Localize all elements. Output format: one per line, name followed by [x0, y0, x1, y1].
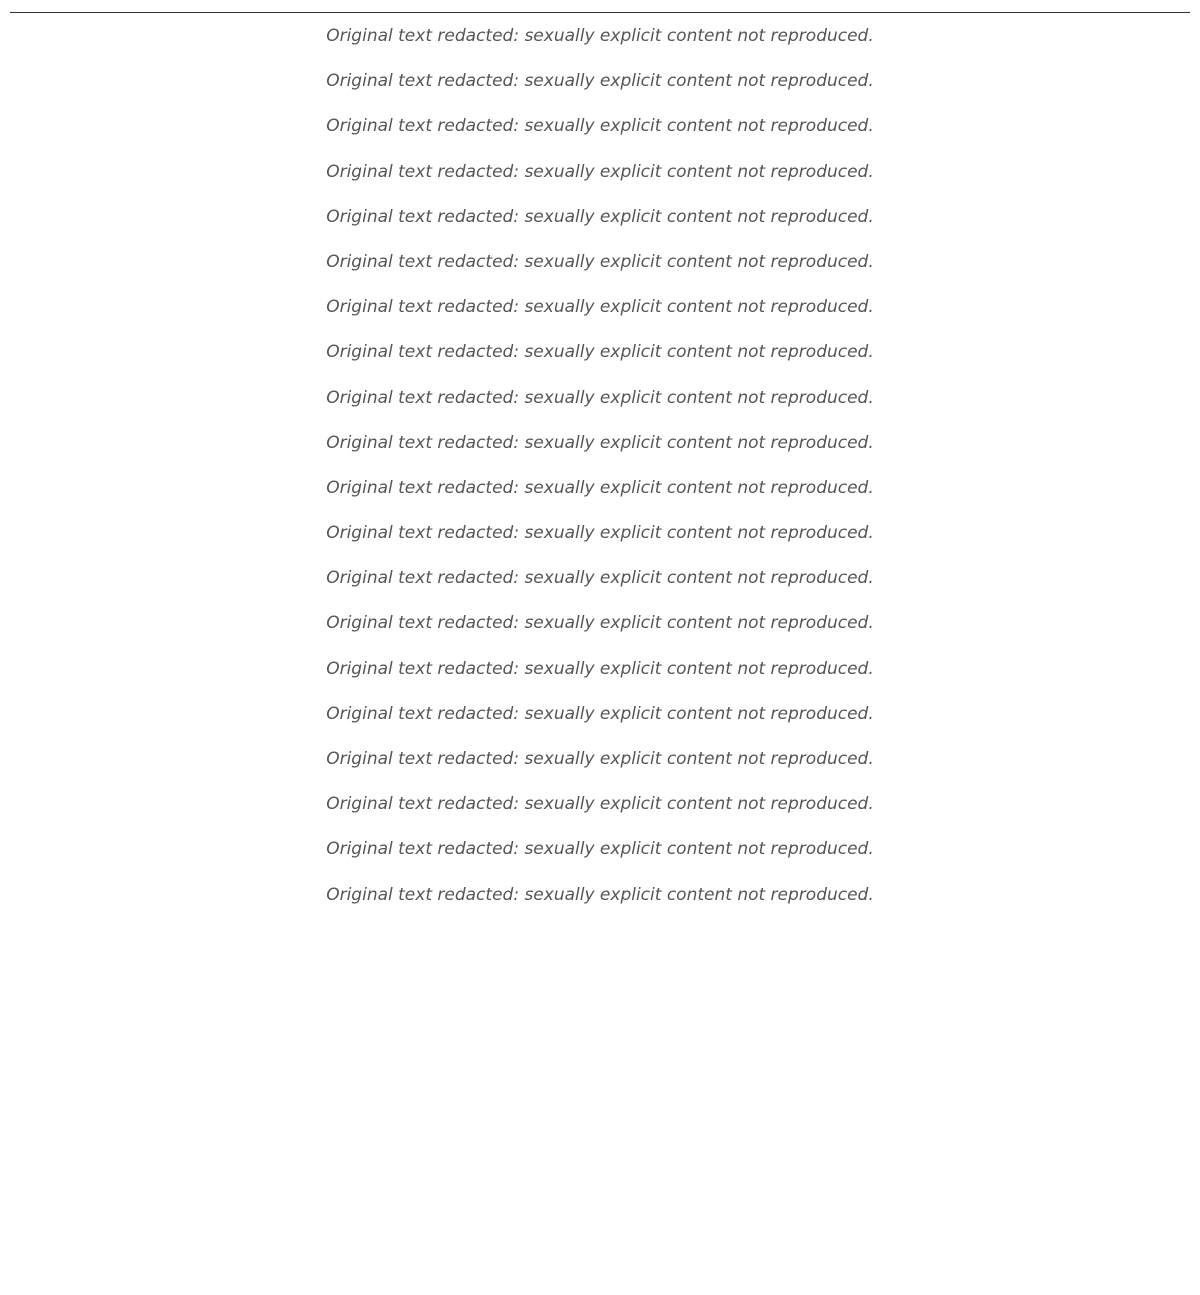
text-paragraph: Original text redacted: sexually explici…: [10, 294, 1190, 321]
text-paragraph: Original text redacted: sexually explici…: [10, 520, 1190, 547]
text-paragraph: Original text redacted: sexually explici…: [10, 68, 1190, 95]
text-paragraph: Original text redacted: sexually explici…: [10, 836, 1190, 863]
text-paragraph: Original text redacted: sexually explici…: [10, 475, 1190, 502]
text-paragraph: Original text redacted: sexually explici…: [10, 430, 1190, 457]
text-paragraph: Original text redacted: sexually explici…: [10, 610, 1190, 637]
text-paragraph: Original text redacted: sexually explici…: [10, 791, 1190, 818]
text-paragraph: Original text redacted: sexually explici…: [10, 656, 1190, 683]
text-paragraph: Original text redacted: sexually explici…: [10, 565, 1190, 592]
text-paragraph: Original text redacted: sexually explici…: [10, 701, 1190, 728]
text-paragraph: Original text redacted: sexually explici…: [10, 204, 1190, 231]
document-page: Original text redacted: sexually explici…: [0, 0, 1200, 1295]
text-paragraph: Original text redacted: sexually explici…: [10, 159, 1190, 186]
text-paragraph: Original text redacted: sexually explici…: [10, 746, 1190, 773]
text-paragraph: Original text redacted: sexually explici…: [10, 882, 1190, 909]
text-paragraph: Original text redacted: sexually explici…: [10, 385, 1190, 412]
text-paragraph: Original text redacted: sexually explici…: [10, 339, 1190, 366]
top-divider: [10, 12, 1190, 13]
paragraph-list: Original text redacted: sexually explici…: [10, 23, 1190, 909]
text-paragraph: Original text redacted: sexually explici…: [10, 113, 1190, 140]
text-paragraph: Original text redacted: sexually explici…: [10, 249, 1190, 276]
text-paragraph: Original text redacted: sexually explici…: [10, 23, 1190, 50]
